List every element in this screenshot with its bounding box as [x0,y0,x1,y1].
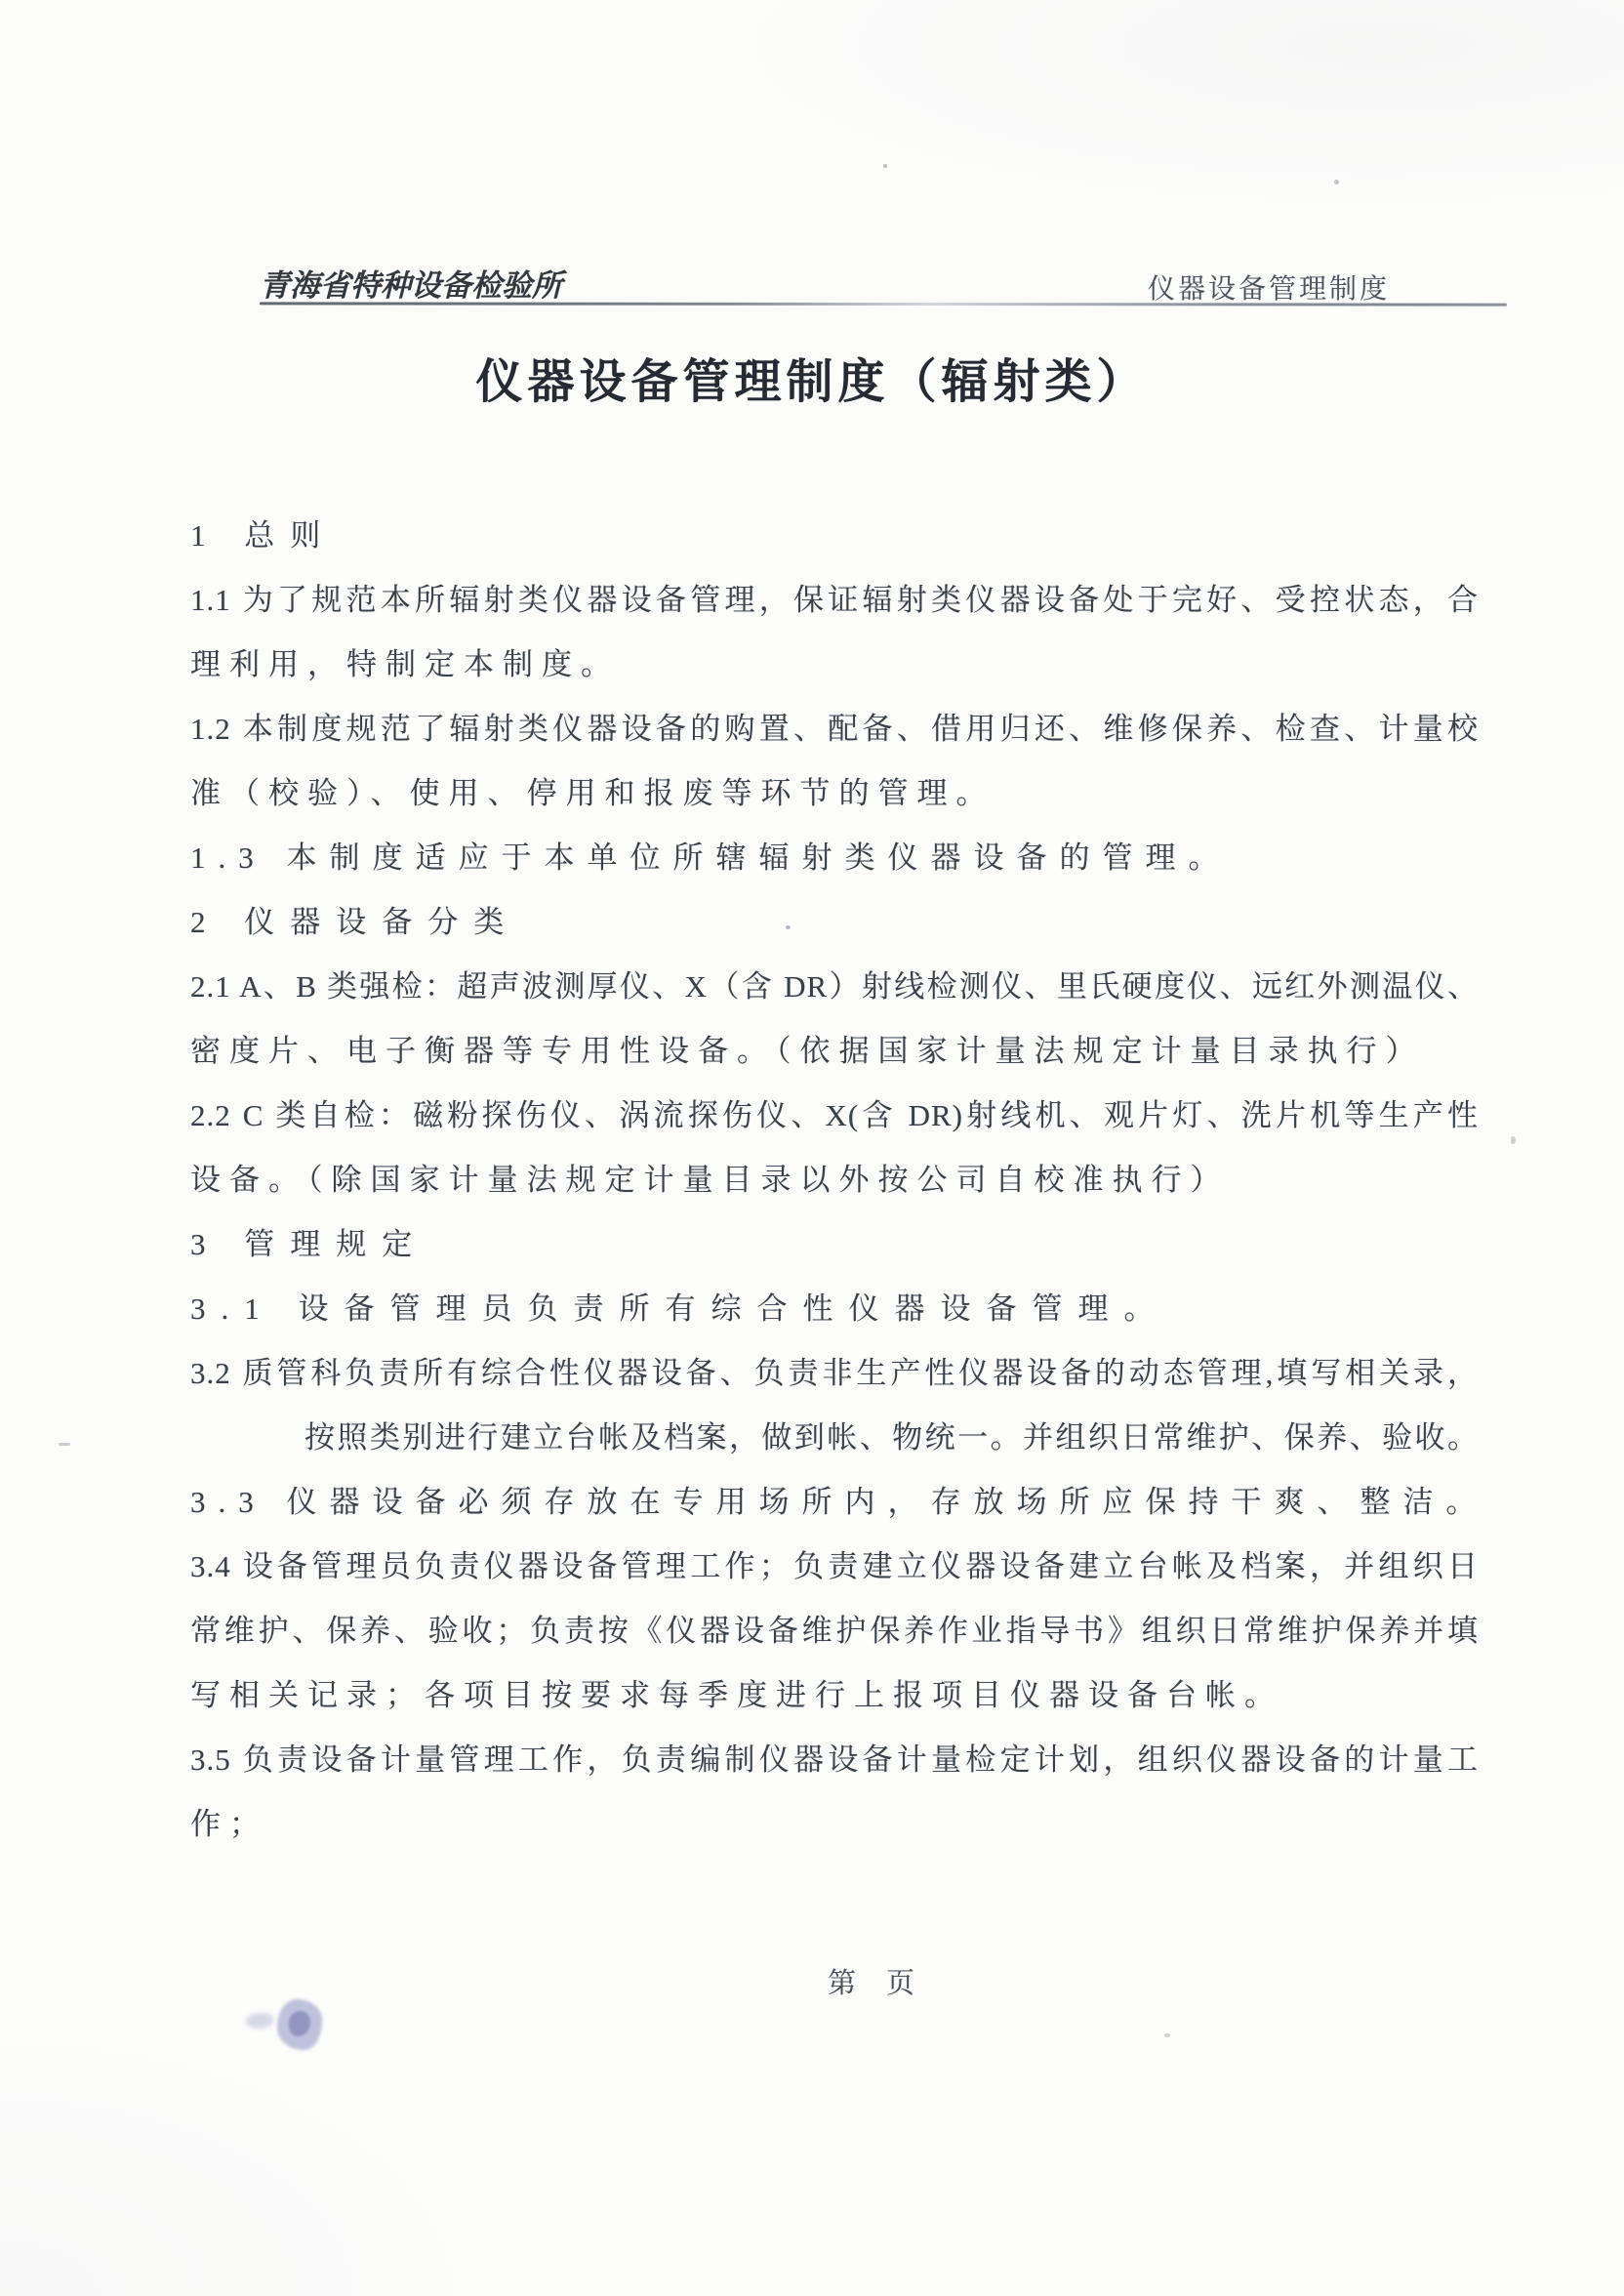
ink-smudge-blob [289,2011,310,2036]
doc-line: 常维护、保养、验收；负责按《仪器设备维护保养作业指导书》组织日常维护保养并填 [190,1599,1479,1663]
doc-line: 3.4 设备管理员负责仪器设备管理工作；负责建立仪器设备建立台帐及档案，并组织日 [190,1535,1479,1599]
doc-line: 理利用，特制定本制度。 [190,633,1479,697]
doc-line: 按照类别进行建立台帐及档案，做到帐、物统一。并组织日常维护、保养、验收。 [190,1406,1479,1470]
header-document-type: 仪器设备管理制度 [1148,275,1390,305]
document-body: 1 总则 1.1 为了规范本所辐射类仪器设备管理，保证辐射类仪器设备处于完好、受… [190,504,1479,1857]
doc-line: 作； [190,1792,1479,1857]
header-organization-name: 青海省特种设备检验所 [260,269,562,303]
doc-line: 1.2 本制度规范了辐射类仪器设备的购置、配备、借用归还、维修保养、检查、计量校 [190,697,1479,761]
doc-line-section-3: 3 管理规定 [190,1212,1479,1277]
scan-speck [1334,180,1339,184]
doc-line: 2.1 A、B 类强检：超声波测厚仪、X（含 DR）射线检测仪、里氏硬度仪、远红… [190,955,1479,1019]
doc-line: 3.3 仪器设备必须存放在专用场所内，存放场所应保持干爽、整洁。 [190,1470,1479,1535]
scan-speck [1164,2033,1170,2037]
doc-line: 3.5 负责设备计量管理工作，负责编制仪器设备计量检定计划，组织仪器设备的计量工 [190,1728,1479,1792]
doc-line: 1.3 本制度适应于本单位所辖辐射类仪器设备的管理。 [190,826,1479,890]
document-title: 仪器设备管理制度（辐射类） [0,344,1624,411]
doc-line: 1.1 为了规范本所辐射类仪器设备管理，保证辐射类仪器设备处于完好、受控状态，合 [190,568,1479,633]
doc-line: 3.1 设备管理员负责所有综合性仪器设备管理。 [190,1277,1479,1341]
doc-line: 写相关记录；各项目按要求每季度进行上报项目仪器设备台帐。 [190,1663,1479,1728]
footer-page-label: 第 页 [828,1964,915,2003]
scanned-document-page: 青海省特种设备检验所 仪器设备管理制度 仪器设备管理制度（辐射类） 1 总则 1… [0,0,1624,2296]
doc-line: 密度片、电子衡器等专用性设备。（依据国家计量法规定计量目录执行） [190,1019,1479,1084]
doc-line-section-1: 1 总则 [190,504,1479,568]
doc-line: 3.2 质管科负责所有综合性仪器设备、负责非生产性仪器设备的动态管理,填写相关录… [190,1341,1479,1406]
doc-line: 设备。（除国家计量法规定计量目录以外按公司自校准执行） [190,1148,1479,1212]
ink-smudge [246,1997,334,2058]
ink-smudge-blob [277,1999,322,2050]
scan-speck [59,1443,70,1446]
doc-line: 2.2 C 类自检：磁粉探伤仪、涡流探伤仪、X(含 DR)射线机、观片灯、洗片机… [190,1084,1479,1148]
scan-speck [883,164,887,168]
scan-speck [1511,1136,1516,1144]
doc-line-section-2: 2 仪器设备分类 [190,890,1479,955]
header-underline [260,302,1507,306]
ink-smudge-blob [246,2013,273,2029]
doc-line: 准（校验）、使用、停用和报废等环节的管理。 [190,761,1479,826]
